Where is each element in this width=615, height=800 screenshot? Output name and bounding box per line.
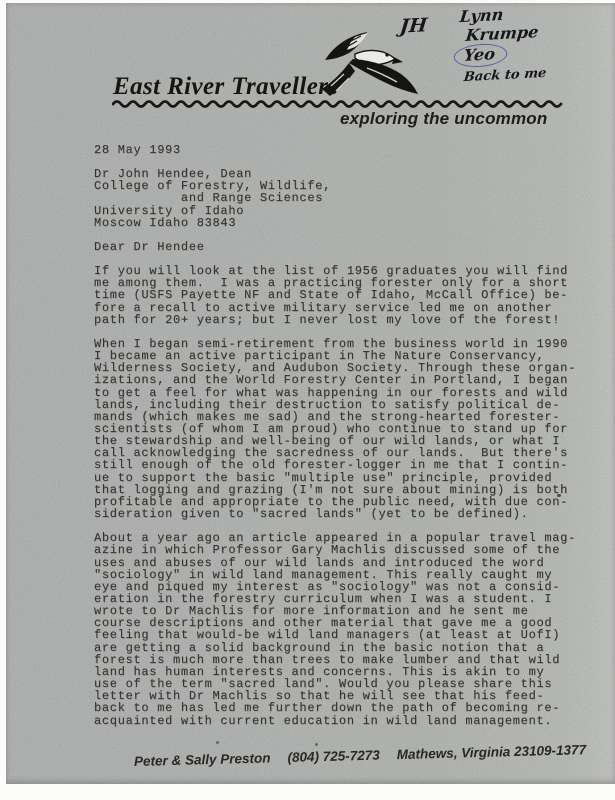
scan-speck (216, 741, 219, 744)
annotation-name-last: Krumpe (465, 22, 540, 45)
footer-phone: (804) 725-7273 (287, 748, 380, 765)
annotation-note: Back to me (463, 66, 547, 85)
paragraph-2: When I began semi-retirement from the bu… (94, 338, 576, 520)
footer-location: Mathews, Virginia 23109-1377 (397, 742, 587, 762)
letter-date: 28 May 1993 (94, 144, 576, 156)
handwritten-annotation: JH Lynn Krumpe Yeo Back to me (398, 5, 573, 89)
letter-page: East River Travellers exploring the unco… (6, 3, 615, 784)
annotation-initials: JH (399, 14, 428, 37)
salutation: Dear Dr Hendee (94, 241, 576, 253)
paragraph-3: About a year ago an article appeared in … (94, 532, 576, 727)
recipient-address: Dr John Hendee, Dean College of Forestry… (94, 168, 576, 229)
scan-speck (557, 494, 561, 497)
letter-body: 28 May 1993 Dr John Hendee, Dean College… (94, 144, 576, 727)
annotation-name-first: Lynn (459, 5, 505, 26)
paragraph-1: If you will look at the list of 1956 gra… (94, 265, 576, 326)
annotation-circled-word: Yeo (453, 43, 509, 69)
footer-name: Peter & Sally Preston (134, 750, 271, 769)
letterhead-tagline: exploring the uncommon (340, 109, 547, 129)
scan-speck (315, 743, 318, 746)
footer-contact: Peter & Sally Preston (804) 725-7273 Mat… (134, 744, 534, 769)
